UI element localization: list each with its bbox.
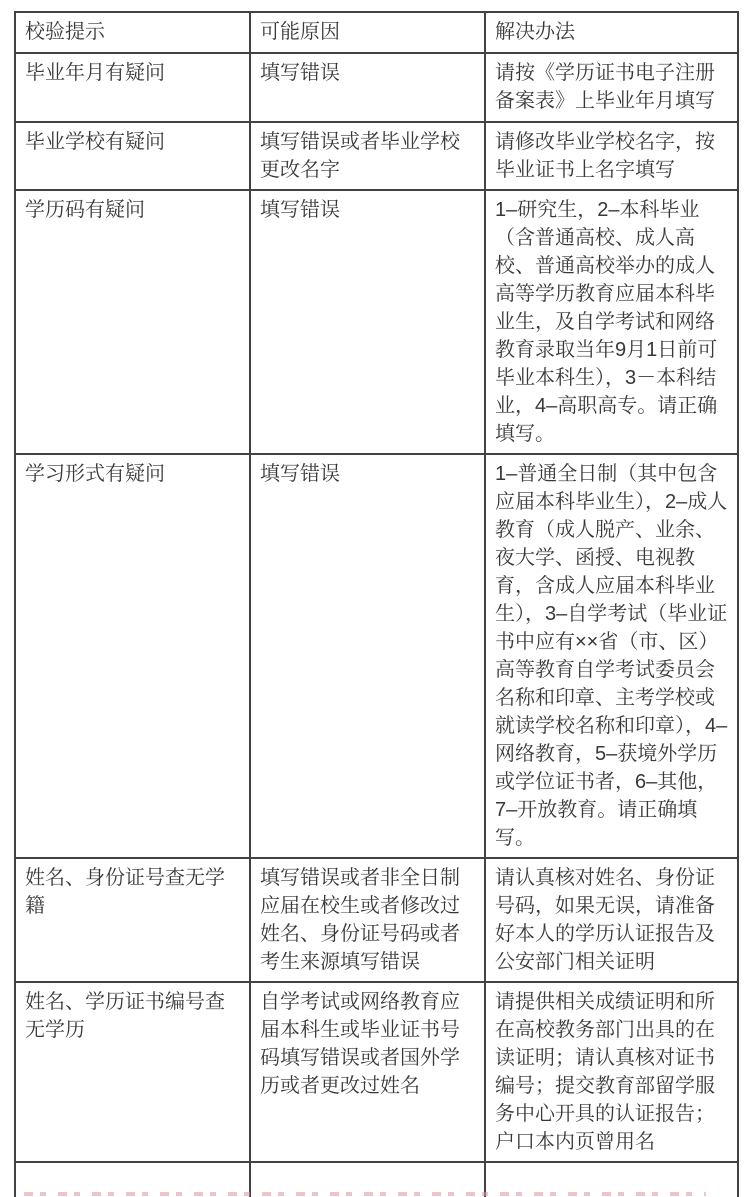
table-header: 校验提示 可能原因 解决办法 xyxy=(15,12,738,53)
solution-cell: 1–普通全日制（其中包含应届本科毕业生），2–成人教育（成人脱产、业余、夜大学、… xyxy=(485,454,738,858)
solution-cell: 请提供相关成绩证明和所在高校教务部门出具的在读证明；请认真核对证书编号；提交教育… xyxy=(485,982,738,1162)
header-row: 校验提示 可能原因 解决办法 xyxy=(15,12,738,53)
col-header-solution: 解决办法 xyxy=(485,12,738,53)
verification-table: 校验提示 可能原因 解决办法 毕业年月有疑问填写错误请按《学历证书电子注册备案表… xyxy=(14,11,739,1197)
issue-cell: 姓名、学历证书编号查无学历 xyxy=(15,982,250,1162)
table-row: 学习形式有疑问填写错误1–普通全日制（其中包含应届本科毕业生），2–成人教育（成… xyxy=(15,454,738,858)
table-row: 姓名、身份证号查无学籍填写错误或者非全日制应届在校生或者修改过姓名、身份证号码或… xyxy=(15,858,738,982)
cause-cell: 填写错误 xyxy=(250,190,485,454)
issue-cell: 学历码有疑问 xyxy=(15,190,250,454)
col-header-issue: 校验提示 xyxy=(15,12,250,53)
solution-cell: 1–研究生，2–本科毕业（含普通高校、成人高校、普通高校举办的成人高等学历教育应… xyxy=(485,190,738,454)
clipped-bottom-text-remnant xyxy=(24,1192,706,1196)
table-row: 姓名、学历证书编号查无学历自学考试或网络教育应届本科生或毕业证书号码填写错误或者… xyxy=(15,982,738,1162)
issue-cell: 学习形式有疑问 xyxy=(15,454,250,858)
cause-cell: 填写错误 xyxy=(250,53,485,122)
cause-cell: 填写错误或者毕业学校更改名字 xyxy=(250,122,485,190)
solution-cell: 请认真核对姓名、身份证号码，如果无误，请准备好本人的学历认证报告及公安部门相关证… xyxy=(485,858,738,982)
table-row: 学历码有疑问填写错误1–研究生，2–本科毕业（含普通高校、成人高校、普通高校举办… xyxy=(15,190,738,454)
cause-cell: 自学考试或网络教育应届本科生或毕业证书号码填写错误或者国外学历或者更改过姓名 xyxy=(250,982,485,1162)
table-row: 毕业学校有疑问填写错误或者毕业学校更改名字请修改毕业学校名字，按毕业证书上名字填… xyxy=(15,122,738,190)
table-row: 毕业年月有疑问填写错误请按《学历证书电子注册备案表》上毕业年月填写 xyxy=(15,53,738,122)
solution-cell: 请修改毕业学校名字，按毕业证书上名字填写 xyxy=(485,122,738,190)
solution-cell: 请按《学历证书电子注册备案表》上毕业年月填写 xyxy=(485,53,738,122)
table-body: 毕业年月有疑问填写错误请按《学历证书电子注册备案表》上毕业年月填写毕业学校有疑问… xyxy=(15,53,738,1197)
col-header-cause: 可能原因 xyxy=(250,12,485,53)
issue-cell: 毕业学校有疑问 xyxy=(15,122,250,190)
issue-cell: 姓名、身份证号查无学籍 xyxy=(15,858,250,982)
cause-cell: 填写错误或者非全日制应届在校生或者修改过姓名、身份证号码或者考生来源填写错误 xyxy=(250,858,485,982)
document: 校验提示 可能原因 解决办法 毕业年月有疑问填写错误请按《学历证书电子注册备案表… xyxy=(14,11,739,1197)
issue-cell: 毕业年月有疑问 xyxy=(15,53,250,122)
cause-cell: 填写错误 xyxy=(250,454,485,858)
